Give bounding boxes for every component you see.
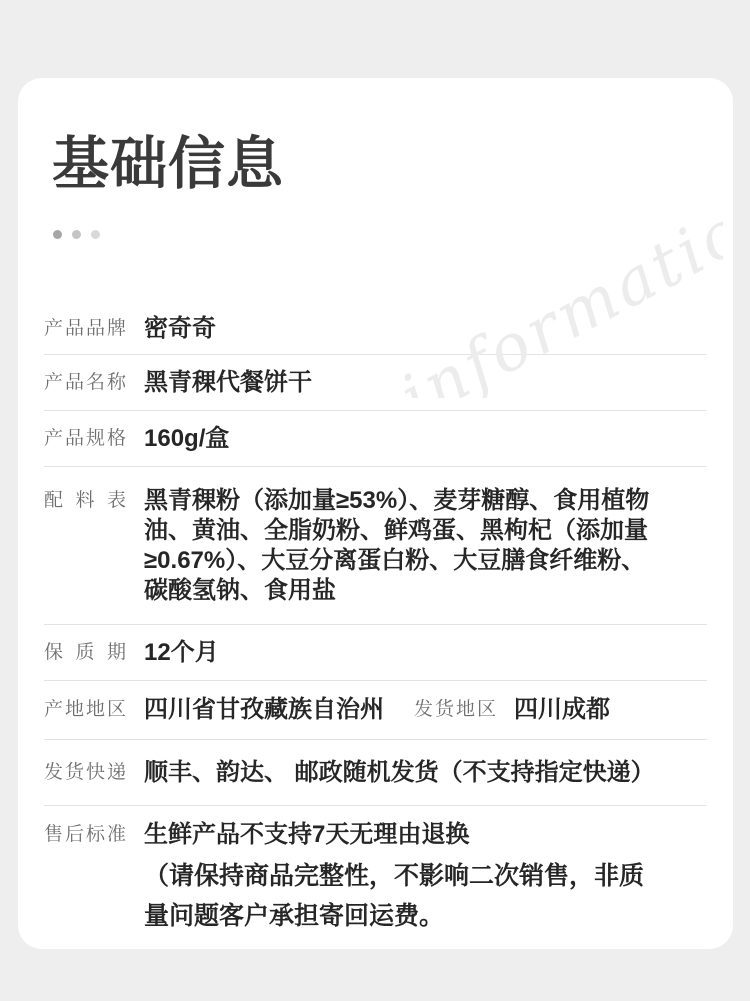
table-row-ingredients: 配料表 黑青稞粉（添加量≥53%）、麦芽糖醇、食用植物油、黄油、全脂奶粉、鲜鸡蛋…: [44, 467, 707, 625]
row-value: 密奇奇: [144, 314, 216, 344]
row-label: 产品名称: [44, 368, 126, 398]
row-label: 售后标准: [44, 820, 126, 850]
row-label-ship-from: 发货地区: [414, 695, 496, 725]
row-value: 160g/盒: [144, 424, 229, 454]
page-background: { "colors": { "page_background": "#eeeee…: [0, 0, 750, 1001]
table-row-courier: 发货快递 顺丰、韵达、 邮政随机发货（不支持指定快递）: [44, 740, 707, 806]
row-value: 生鲜产品不支持7天无理由退换: [144, 820, 659, 850]
row-value-note: （请保持商品完整性，不影响二次销售，非质量问题客户承担寄回运费。: [144, 856, 659, 936]
table-row-name: 产品名称 黑青稞代餐饼干: [44, 355, 707, 411]
dot-3-icon: [91, 230, 100, 239]
row-label: 发货快递: [44, 758, 126, 788]
table-row-spec: 产品规格 160g/盒: [44, 411, 707, 467]
row-value: 12个月: [144, 638, 219, 668]
table-row-after-sales: 售后标准 生鲜产品不支持7天无理由退换 （请保持商品完整性，不影响二次销售，非质…: [44, 806, 707, 948]
basic-info-card: information 基础信息 产品品牌 密奇奇 产品名称 黑青稞代餐饼干 产…: [18, 78, 733, 949]
dot-2-icon: [72, 230, 81, 239]
progress-dots: [53, 230, 123, 239]
table-row-shelf-life: 保质期 12个月: [44, 625, 707, 681]
row-label: 产地地区: [44, 695, 126, 725]
row-label: 保质期: [44, 638, 126, 668]
row-value: 黑青稞代餐饼干: [144, 368, 312, 398]
row-value-ship-from: 四川成都: [514, 695, 610, 725]
row-label: 产品规格: [44, 424, 126, 454]
section-title: 基础信息: [52, 78, 707, 198]
table-row-origin: 产地地区 四川省甘孜藏族自治州 发货地区 四川成都: [44, 681, 707, 740]
row-value: 顺丰、韵达、 邮政随机发货（不支持指定快递）: [144, 758, 655, 788]
product-info-table: 产品品牌 密奇奇 产品名称 黑青稞代餐饼干 产品规格 160g/盒 配料表 黑青…: [44, 303, 707, 948]
dot-1-icon: [53, 230, 62, 239]
row-label: 配料表: [44, 486, 126, 516]
row-value-group: 生鲜产品不支持7天无理由退换 （请保持商品完整性，不影响二次销售，非质量问题客户…: [144, 820, 659, 936]
row-value: 四川省甘孜藏族自治州: [144, 695, 384, 725]
row-label: 产品品牌: [44, 314, 126, 344]
row-value: 黑青稞粉（添加量≥53%）、麦芽糖醇、食用植物油、黄油、全脂奶粉、鲜鸡蛋、黑枸杞…: [144, 486, 659, 606]
table-row-brand: 产品品牌 密奇奇: [44, 303, 707, 355]
